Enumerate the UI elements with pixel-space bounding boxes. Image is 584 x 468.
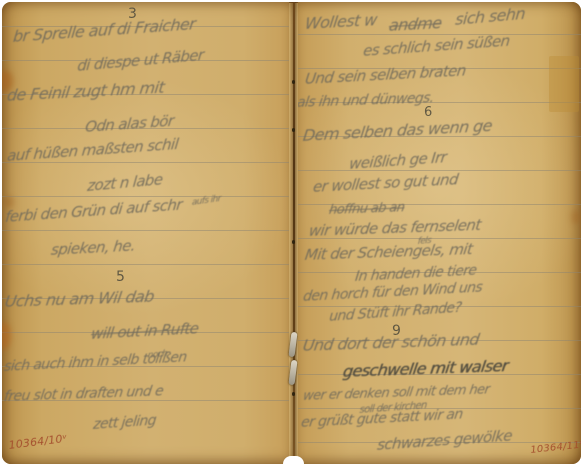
- handwritten-line: auf hüßen maßsten schil: [6, 137, 178, 164]
- handwritten-line: weißlich ge Irr: [348, 150, 447, 172]
- handwritten-line: Mit der Scheiengels, mit: [304, 242, 473, 263]
- handwritten-line: de Feinil zugt hm mit: [6, 80, 165, 104]
- page-edge-notch: [283, 456, 304, 464]
- handwritten-line: sich sehn: [455, 6, 526, 28]
- handwritten-line: Wollest w: [304, 12, 378, 32]
- handwritten-line: zett jeling: [93, 414, 157, 433]
- handwritten-line: Dem selben das wenn ge: [302, 118, 493, 144]
- binding-hole: [292, 80, 295, 84]
- handwritten-line: will out in Rufte: [90, 321, 199, 342]
- handwritten-line: freu slot in draften und e: [3, 384, 164, 404]
- handwritten-line: es schlich sein süßen: [362, 34, 510, 59]
- handwritten-line: Und sein selben braten: [304, 64, 466, 88]
- handwritten-line: ferbi den Grün di auf schr: [4, 198, 182, 226]
- page-number: 6: [424, 106, 432, 119]
- binding-hole: [292, 240, 295, 244]
- left-page-handwriting: 3br Sprelle auf di Fraicherdi diespe ut …: [2, 2, 289, 464]
- handwritten-line: geschwelle mit walser: [342, 358, 509, 380]
- left-page: 3br Sprelle auf di Fraicherdi diespe ut …: [2, 2, 289, 464]
- handwritten-line: sich auch ihm in selb tolißen: [3, 350, 187, 374]
- archive-number: 10364/11ʳ: [530, 441, 581, 456]
- binding-gutter: [289, 2, 298, 464]
- handwritten-line: er grüßt gute statt wir an: [300, 408, 463, 431]
- right-page-handwriting: Wollest wandmesich sehnes schlich sein s…: [298, 2, 581, 464]
- right-page: Wollest wandmesich sehnes schlich sein s…: [298, 2, 581, 464]
- handwritten-line: und Stüft ihr Rande?: [329, 301, 462, 324]
- binding-hole: [292, 128, 295, 132]
- binding-stitch: [288, 360, 297, 386]
- handwritten-line: andme: [388, 15, 442, 34]
- handwritten-line: er wollest so gut und: [312, 172, 459, 195]
- handwritten-line: aufs ihr: [192, 195, 221, 208]
- handwritten-line: di diespe ut Räber: [77, 48, 204, 74]
- handwritten-line: als ihn und dünwegs.: [298, 91, 435, 110]
- binding-hole: [292, 392, 295, 396]
- handwritten-line: wer er denken soll mit dem her: [302, 384, 490, 404]
- binding-stitch: [288, 332, 297, 358]
- handwritten-line: wir würde das fernselent: [308, 218, 482, 239]
- handwritten-line: Und dort der schön und: [302, 332, 480, 354]
- handwritten-line: Uchs nu am Wil dab: [4, 289, 155, 310]
- archive-number: 10364/10ᵛ: [8, 433, 68, 451]
- handwritten-line: zozt n labe: [87, 172, 163, 194]
- handwritten-line: br Sprelle auf di Fraicher: [12, 16, 196, 45]
- notebook-scan: 3br Sprelle auf di Fraicherdi diespe ut …: [0, 0, 584, 468]
- handwritten-line: spieken, he.: [50, 239, 136, 259]
- handwritten-line: Odn alas bör: [84, 114, 174, 135]
- handwritten-line: schwarzes gewölke: [376, 429, 512, 454]
- open-notebook: 3br Sprelle auf di Fraicherdi diespe ut …: [2, 2, 581, 464]
- page-number: 5: [116, 270, 125, 284]
- handwritten-line: hoffnu ab an: [328, 201, 405, 217]
